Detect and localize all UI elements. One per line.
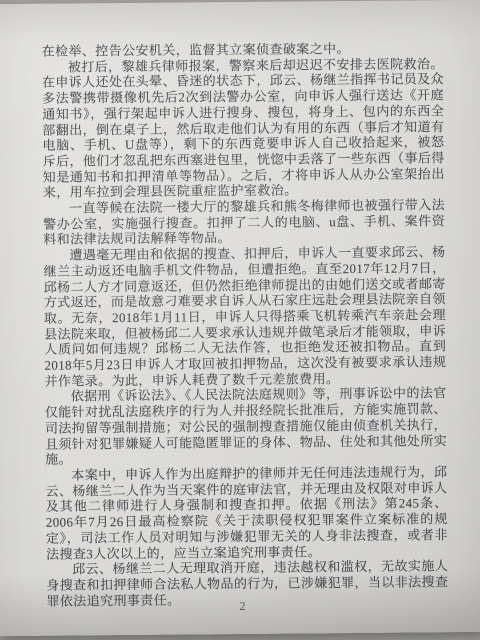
paragraph: 本案中，申诉人作为出庭辩护的律师并无任何违法违规行为，邱云、杨继兰二人作为当天案… <box>45 464 448 562</box>
paper-page: 在检举、控告公安机关，监督其立案侦查破案之中。 被打后，黎雄兵律师报案，警察来后… <box>0 0 480 636</box>
page-number: 2 <box>0 597 480 616</box>
document-body: 在检举、控告公安机关，监督其立案侦查破案之中。 被打后，黎雄兵律师报案，警察来后… <box>42 40 449 609</box>
paragraph: 遭遇毫无理由和依据的搜查、扣押后，申诉人一直要求邱云、杨继兰主动返还电脑手机文件… <box>43 244 446 389</box>
paragraph: 一直等候在法院一楼大厅的黎雄兵和熊冬梅律师也被强行带入法警办公室，实施强行搜查。… <box>43 197 445 248</box>
paragraph: 依据刑《诉讼法》、《人民法院法庭规则》等，刑事诉讼中的法官仅能针对扰乱法庭秩序的… <box>45 386 448 468</box>
document-photo: 在检举、控告公安机关，监督其立案侦查破案之中。 被打后，黎雄兵律师报案，警察来后… <box>0 0 480 640</box>
paragraph: 被打后，黎雄兵律师报案，警察来后却迟迟不安排去医院救治。在申诉人还处在头晕、昏迷… <box>42 56 445 201</box>
